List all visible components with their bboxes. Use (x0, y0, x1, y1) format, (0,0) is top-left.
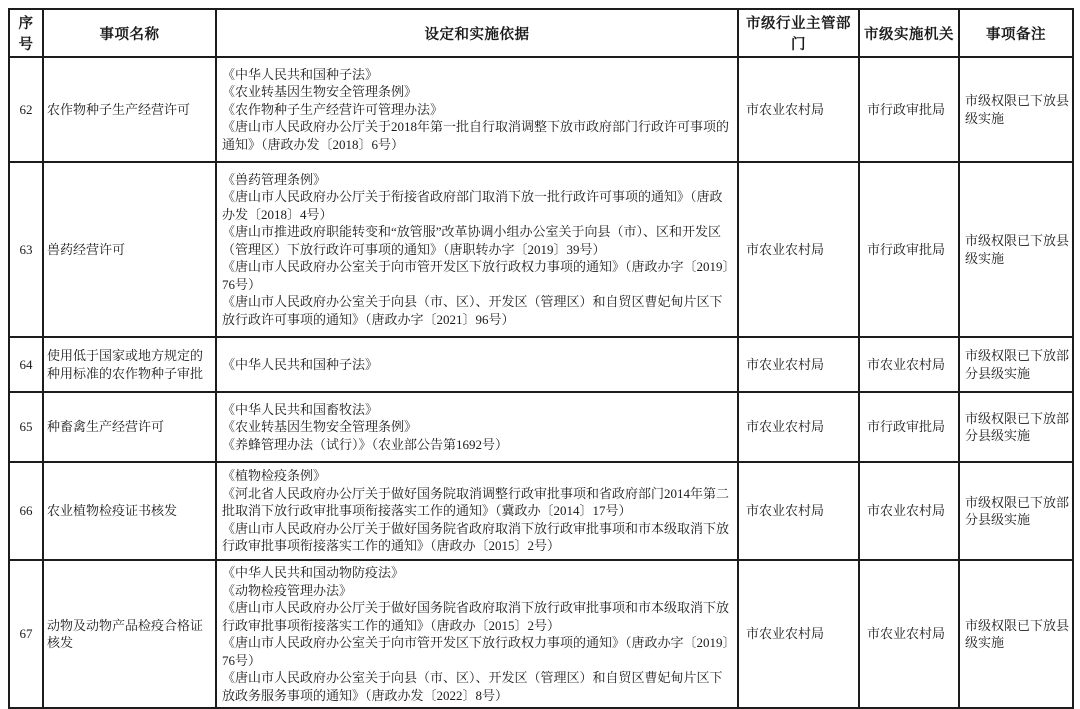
legal-basis-entry: 《唐山市人民政府办公厅关于2018年第一批自行取消调整下放市政府部门行政许可事项… (222, 118, 732, 153)
cell-legal-basis: 《兽药管理条例》《唐山市人民政府办公厅关于衔接省政府部门取消下放一批行政许可事项… (216, 162, 738, 337)
table-row: 63 兽药经营许可 《兽药管理条例》《唐山市人民政府办公厅关于衔接省政府部门取消… (9, 162, 1073, 337)
legal-basis-entry: 《中华人民共和国种子法》 (222, 66, 732, 84)
legal-basis-entry: 《动物检疫管理办法》 (222, 582, 732, 600)
legal-basis-entry: 《植物检疫条例》 (222, 467, 732, 485)
table-row: 62 农作物种子生产经营许可 《中华人民共和国种子法》《农业转基因生物安全管理条… (9, 57, 1073, 162)
legal-basis-entry: 《河北省人民政府办公厅关于做好国务院取消调整行政审批事项和省政府部门2014年第… (222, 485, 732, 520)
legal-basis-entry: 《中华人民共和国种子法》 (222, 356, 732, 374)
cell-seq: 66 (9, 462, 43, 560)
table-header-row: 序号 事项名称 设定和实施依据 市级行业主管部门 市级实施机关 事项备注 (9, 9, 1073, 57)
cell-seq: 64 (9, 337, 43, 392)
table-row: 66 农业植物检疫证书核发 《植物检疫条例》《河北省人民政府办公厅关于做好国务院… (9, 462, 1073, 560)
cell-industry-dept: 市农业农村局 (738, 462, 859, 560)
document-page: 序号 事项名称 设定和实施依据 市级行业主管部门 市级实施机关 事项备注 62 … (8, 8, 1072, 707)
cell-industry-dept: 市农业农村局 (738, 560, 859, 707)
cell-seq: 62 (9, 57, 43, 162)
cell-seq: 67 (9, 560, 43, 707)
cell-legal-basis: 《中华人民共和国畜牧法》《农业转基因生物安全管理条例》《养蜂管理办法（试行）》（… (216, 392, 738, 462)
cell-impl-agency: 市行政审批局 (859, 57, 959, 162)
cell-legal-basis: 《中华人民共和国种子法》 (216, 337, 738, 392)
legal-basis-entry: 《中华人民共和国动物防疫法》 (222, 564, 732, 582)
table-row: 65 种畜禽生产经营许可 《中华人民共和国畜牧法》《农业转基因生物安全管理条例》… (9, 392, 1073, 462)
cell-impl-agency: 市行政审批局 (859, 162, 959, 337)
cell-remark: 市级权限已下放县级实施 (959, 560, 1073, 707)
legal-basis-entry: 《养蜂管理办法（试行）》（农业部公告第1692号） (222, 436, 732, 454)
legal-basis-entry: 《唐山市人民政府办公厅关于做好国务院省政府取消下放行政审批事项和市本级取消下放行… (222, 599, 732, 634)
cell-item-name: 种畜禽生产经营许可 (43, 392, 216, 462)
cell-seq: 63 (9, 162, 43, 337)
legal-basis-entry: 《农业转基因生物安全管理条例》 (222, 83, 732, 101)
cell-impl-agency: 市农业农村局 (859, 462, 959, 560)
cell-remark: 市级权限已下放部分县级实施 (959, 337, 1073, 392)
cell-industry-dept: 市农业农村局 (738, 337, 859, 392)
cell-item-name: 动物及动物产品检疫合格证核发 (43, 560, 216, 707)
column-header-item-name: 事项名称 (43, 9, 216, 57)
cell-remark: 市级权限已下放县级实施 (959, 57, 1073, 162)
cell-industry-dept: 市农业农村局 (738, 57, 859, 162)
cell-legal-basis: 《植物检疫条例》《河北省人民政府办公厅关于做好国务院取消调整行政审批事项和省政府… (216, 462, 738, 560)
legal-basis-entry: 《唐山市人民政府办公厅关于衔接省政府部门取消下放一批行政许可事项的通知》（唐政办… (222, 188, 732, 223)
table-row: 64 使用低于国家或地方规定的种用标准的农作物种子审批 《中华人民共和国种子法》… (9, 337, 1073, 392)
cell-item-name: 使用低于国家或地方规定的种用标准的农作物种子审批 (43, 337, 216, 392)
column-header-seq: 序号 (9, 9, 43, 57)
column-header-remark: 事项备注 (959, 9, 1073, 57)
administrative-items-table: 序号 事项名称 设定和实施依据 市级行业主管部门 市级实施机关 事项备注 62 … (8, 8, 1074, 707)
legal-basis-entry: 《兽药管理条例》 (222, 171, 732, 189)
cell-legal-basis: 《中华人民共和国种子法》《农业转基因生物安全管理条例》《农作物种子生产经营许可管… (216, 57, 738, 162)
legal-basis-entry: 《唐山市人民政府办公室关于向县（市、区）、开发区（管理区）和自贸区曹妃甸片区下放… (222, 293, 732, 328)
legal-basis-entry: 《农作物种子生产经营许可管理办法》 (222, 101, 732, 119)
legal-basis-entry: 《唐山市人民政府办公厅关于做好国务院省政府取消下放行政审批事项和市本级取消下放行… (222, 520, 732, 555)
column-header-legal-basis: 设定和实施依据 (216, 9, 738, 57)
cell-industry-dept: 市农业农村局 (738, 392, 859, 462)
cell-item-name: 农业植物检疫证书核发 (43, 462, 216, 560)
column-header-industry-dept: 市级行业主管部门 (738, 9, 859, 57)
cell-impl-agency: 市农业农村局 (859, 560, 959, 707)
column-header-impl-agency: 市级实施机关 (859, 9, 959, 57)
cell-remark: 市级权限已下放县级实施 (959, 162, 1073, 337)
table-row: 67 动物及动物产品检疫合格证核发 《中华人民共和国动物防疫法》《动物检疫管理办… (9, 560, 1073, 707)
cell-legal-basis: 《中华人民共和国动物防疫法》《动物检疫管理办法》《唐山市人民政府办公厅关于做好国… (216, 560, 738, 707)
cell-item-name: 农作物种子生产经营许可 (43, 57, 216, 162)
legal-basis-entry: 《唐山市人民政府办公室关于向市管开发区下放行政权力事项的通知》（唐政办字〔201… (222, 258, 732, 293)
cell-remark: 市级权限已下放部分县级实施 (959, 392, 1073, 462)
cell-seq: 65 (9, 392, 43, 462)
legal-basis-entry: 《中华人民共和国畜牧法》 (222, 401, 732, 419)
legal-basis-entry: 《唐山市推进政府职能转变和“放管服”改革协调小组办公室关于向县（市）、区和开发区… (222, 223, 732, 258)
legal-basis-entry: 《农业转基因生物安全管理条例》 (222, 418, 732, 436)
legal-basis-entry: 《唐山市人民政府办公室关于向市管开发区下放行政权力事项的通知》（唐政办字〔201… (222, 634, 732, 669)
legal-basis-entry: 《唐山市人民政府办公室关于向县（市、区）、开发区（管理区）和自贸区曹妃甸片区下放… (222, 669, 732, 704)
cell-impl-agency: 市行政审批局 (859, 392, 959, 462)
cell-item-name: 兽药经营许可 (43, 162, 216, 337)
cell-impl-agency: 市农业农村局 (859, 337, 959, 392)
cell-industry-dept: 市农业农村局 (738, 162, 859, 337)
cell-remark: 市级权限已下放部分县级实施 (959, 462, 1073, 560)
